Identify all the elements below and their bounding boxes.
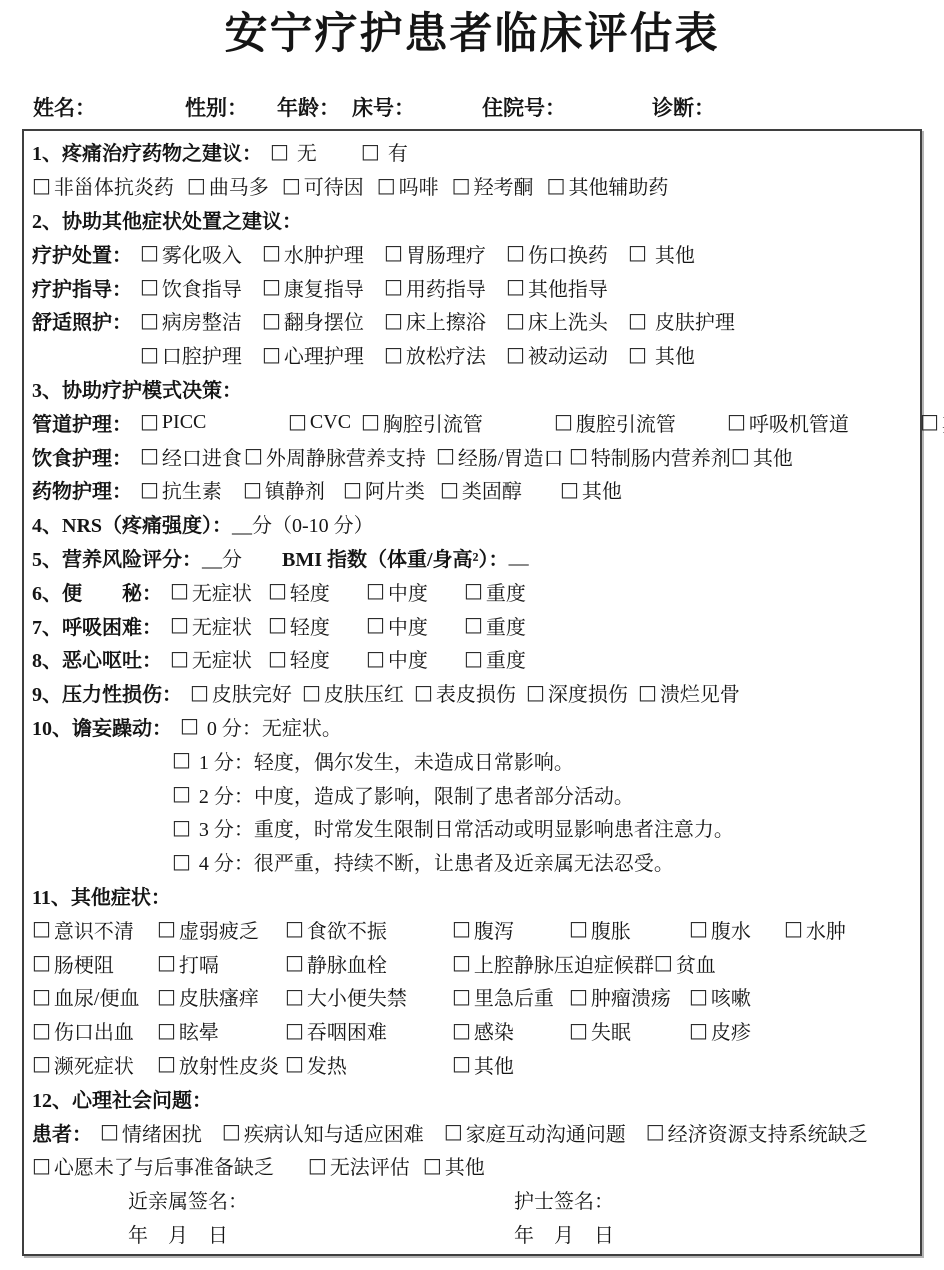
checkbox-icon[interactable]: □ (689, 1020, 708, 1040)
checkbox-option[interactable]: □呼吸机管道 (727, 408, 920, 437)
checkbox-option-label: 床上洗头 (528, 306, 608, 335)
checkbox-icon[interactable]: □ (452, 1053, 471, 1073)
checkbox-icon[interactable]: □ (547, 175, 566, 195)
checkbox-icon[interactable]: □ (452, 175, 471, 195)
checkbox-option[interactable]: □发热 (285, 1050, 452, 1079)
checkbox-option[interactable]: □特制肠内营养剂 (569, 442, 731, 471)
checkbox-icon[interactable]: □ (32, 1155, 51, 1175)
checkbox-icon[interactable]: □ (140, 479, 159, 499)
checkbox-option-label: 中度 (388, 577, 428, 606)
checkbox-icon[interactable]: □ (262, 310, 281, 330)
checkbox-icon[interactable]: □ (262, 242, 281, 262)
checkbox-option[interactable]: □经济资源支持系统缺乏 (646, 1118, 868, 1147)
checkbox-icon[interactable]: □ (172, 783, 191, 803)
checkbox-option[interactable]: □ 皮肤护理 (628, 306, 750, 335)
checkbox-option[interactable]: □中度 (366, 644, 464, 673)
checkbox-icon[interactable]: □ (452, 952, 471, 972)
checkbox-option[interactable]: □其他 (560, 475, 622, 504)
checkbox-option-label: 病房整洁 (162, 306, 242, 335)
checkbox-option-label: CVC (310, 411, 351, 434)
checkbox-option-label: 里急后重 (474, 982, 554, 1011)
checkbox-option-label: 血尿/便血 (54, 982, 140, 1011)
checkbox-icon[interactable]: □ (731, 445, 750, 465)
checkbox-option[interactable]: □ 有 (361, 137, 408, 166)
checkbox-option-label: 胃肠理疗 (406, 239, 486, 268)
checkbox-icon[interactable]: □ (444, 1121, 463, 1141)
checkbox-option[interactable]: □上腔静脉压迫症候群 (452, 949, 654, 978)
checkbox-option[interactable]: □伤口换药 (506, 239, 628, 268)
checkbox-icon[interactable]: □ (32, 986, 51, 1006)
checkbox-icon[interactable]: □ (288, 411, 307, 431)
checkbox-icon[interactable]: □ (366, 580, 385, 600)
checkbox-icon[interactable]: □ (569, 986, 588, 1006)
date-row: 年 月 日年 月 日 (32, 1217, 916, 1251)
checkbox-icon[interactable]: □ (366, 648, 385, 668)
checkbox-option-label: 雾化吸入 (162, 239, 242, 268)
checkbox-icon[interactable]: □ (689, 986, 708, 1006)
checkbox-icon[interactable]: □ (414, 682, 433, 702)
checkbox-icon[interactable]: □ (285, 1053, 304, 1073)
checkbox-option[interactable]: □用药指导 (384, 273, 506, 302)
checkbox-icon[interactable]: □ (268, 580, 287, 600)
checkbox-option[interactable]: □轻度 (268, 611, 366, 640)
checkbox-option[interactable]: □康复指导 (262, 273, 384, 302)
checkbox-option[interactable]: □胸腔引流管 (361, 408, 554, 437)
checkbox-option[interactable]: □PICC (140, 411, 288, 434)
checkbox-option[interactable]: □其他指导 (506, 273, 628, 302)
checkbox-option[interactable]: □轻度 (268, 644, 366, 673)
checkbox-option-label: 其他 (650, 340, 695, 369)
checkbox-option-label: 其他指导 (528, 273, 608, 302)
checkbox-option-label: 皮肤护理 (650, 306, 735, 335)
checkbox-icon[interactable]: □ (170, 614, 189, 634)
checkbox-icon[interactable]: □ (187, 175, 206, 195)
checkbox-icon[interactable]: □ (140, 276, 159, 296)
checkbox-option[interactable]: □其他 (731, 442, 793, 471)
signature-row: 近亲属签名：护士签名： (32, 1183, 916, 1217)
pain-med-options: □非甾体抗炎药□曲马多□可待因□吗啡□羟考酮□其他辅助药 (32, 169, 916, 203)
checkbox-option[interactable]: □肿瘤溃疡 (569, 982, 689, 1011)
checkbox-option[interactable]: □轻度 (268, 577, 366, 606)
checkbox-icon[interactable]: □ (285, 1020, 304, 1040)
checkbox-option[interactable]: □意识不清 (32, 915, 157, 944)
checkbox-option-label: 羟考酮 (474, 171, 534, 200)
checkbox-icon[interactable]: □ (436, 445, 455, 465)
checkbox-option[interactable]: □皮疹 (689, 1016, 784, 1045)
checkbox-option[interactable]: □放松疗法 (384, 340, 506, 369)
row-label: 9、压力性损伤： (32, 678, 182, 707)
fill-in-blank: __分（0-10 分） (232, 509, 374, 538)
checkbox-icon[interactable]: □ (506, 276, 525, 296)
checkbox-icon[interactable]: □ (172, 749, 191, 769)
checkbox-icon[interactable]: □ (157, 1053, 176, 1073)
checkbox-icon[interactable]: □ (689, 918, 708, 938)
checkbox-option[interactable]: □无法评估 (308, 1151, 410, 1180)
checkbox-icon[interactable]: □ (506, 344, 525, 364)
checkbox-option-label: 4 分：很严重，持续不断，让患者及近亲属无法忍受。 (194, 847, 674, 876)
checkbox-option-label: 无症状 (192, 644, 252, 673)
checkbox-option[interactable]: □ 0 分：无症状。 (180, 712, 342, 741)
checkbox-option[interactable]: □胃肠理疗 (384, 239, 506, 268)
checkbox-icon[interactable]: □ (302, 682, 321, 702)
checkbox-icon[interactable]: □ (170, 648, 189, 668)
checkbox-icon[interactable]: □ (222, 1121, 241, 1141)
checkbox-option-label: 吗啡 (399, 171, 439, 200)
checkbox-option-label: 其他 (753, 442, 793, 471)
checkbox-option-label: 无症状 (192, 611, 252, 640)
checkbox-option[interactable]: □床上洗头 (506, 306, 628, 335)
checkbox-option[interactable]: □大小便失禁 (285, 982, 452, 1011)
checkbox-option[interactable]: □放射性皮炎 (157, 1050, 285, 1079)
patient-field-admission-number: 住院号： (482, 92, 566, 122)
checkbox-icon[interactable]: □ (384, 310, 403, 330)
checkbox-option-label: 用药指导 (406, 273, 486, 302)
checkbox-option[interactable]: □眩晕 (157, 1016, 285, 1045)
checkbox-option[interactable]: □翻身摆位 (262, 306, 384, 335)
checkbox-icon[interactable]: □ (361, 411, 380, 431)
checkbox-icon[interactable]: □ (452, 918, 471, 938)
checkbox-icon[interactable]: □ (32, 918, 51, 938)
checkbox-option-label: 深度损伤 (548, 678, 628, 707)
checkbox-option[interactable]: □中度 (366, 611, 464, 640)
text-segment-bold: 4、NRS（疼痛强度）： (32, 509, 232, 538)
checkbox-option-label: 濒死症状 (54, 1050, 134, 1079)
checkbox-option[interactable]: □ 3 分：重度，时常发生限制日常活动或明显影响患者注意力。 (172, 813, 734, 842)
checkbox-icon[interactable]: □ (423, 1155, 442, 1175)
nutrition-score: 5、营养风险评分：__分BMI 指数（体重/身高²）：__ (32, 541, 916, 575)
checkbox-icon[interactable]: □ (140, 344, 159, 364)
checkbox-option[interactable]: □水肿护理 (262, 239, 384, 268)
checkbox-icon[interactable]: □ (506, 242, 525, 262)
checkbox-icon[interactable]: □ (172, 817, 191, 837)
nrs-score: 4、NRS（疼痛强度）：__分（0-10 分） (32, 507, 916, 541)
checkbox-icon[interactable]: □ (361, 141, 380, 161)
checkbox-icon[interactable]: □ (308, 1155, 327, 1175)
checkbox-option[interactable]: □羟考酮 (452, 171, 534, 200)
patient-field-name: 姓名： (33, 92, 96, 122)
dyspnea: 7、呼吸困难：□无症状□轻度□中度□重度 (32, 608, 916, 642)
checkbox-option[interactable]: □其他 (452, 1050, 569, 1079)
checkbox-option-label: 腹水 (711, 915, 751, 944)
checkbox-icon[interactable]: □ (32, 1020, 51, 1040)
checkbox-option[interactable]: □腹泻 (452, 915, 569, 944)
checkbox-option[interactable]: □ 2 分：中度，造成了影响，限制了患者部分活动。 (172, 780, 634, 809)
checkbox-option-label: 可待因 (304, 171, 364, 200)
comfort-care-cont: □口腔护理□心理护理□放松疗法□被动运动□ 其他 (32, 338, 916, 372)
checkbox-option[interactable]: □抗生素 (140, 475, 243, 504)
checkbox-icon[interactable]: □ (282, 175, 301, 195)
checkbox-option[interactable]: □咳嗽 (689, 982, 784, 1011)
constipation: 6、便 秘：□无症状□轻度□中度□重度 (32, 574, 916, 608)
checkbox-icon[interactable]: □ (506, 310, 525, 330)
checkbox-option[interactable]: □非甾体抗炎药 (32, 171, 174, 200)
comfort-care: 舒适照护：□病房整洁□翻身摆位□床上擦浴□床上洗头□ 皮肤护理 (32, 304, 916, 338)
checkbox-option[interactable]: □其他 (423, 1151, 485, 1180)
checkbox-option-label: 心愿未了与后事准备缺乏 (54, 1151, 274, 1180)
checkbox-icon[interactable]: □ (366, 614, 385, 634)
checkbox-option[interactable]: □口腔护理 (140, 340, 262, 369)
checkbox-option[interactable]: □镇静剂 (243, 475, 343, 504)
checkbox-option-label: 阿片类 (365, 475, 425, 504)
checkbox-option[interactable]: □ 1 分：轻度，偶尔发生，未造成日常影响。 (172, 746, 574, 775)
checkbox-option-label: 其他 (445, 1151, 485, 1180)
checkbox-option-label: 重度 (486, 644, 526, 673)
checkbox-option-label: 失眠 (591, 1016, 631, 1045)
row-label: 饮食护理： (32, 442, 132, 471)
checkbox-option[interactable]: □食欲不振 (285, 915, 452, 944)
checkbox-icon[interactable]: □ (464, 648, 483, 668)
checkbox-option[interactable]: □外周静脉营养支持 (244, 442, 436, 471)
checkbox-option-label: 轻度 (290, 611, 330, 640)
checkbox-option-label: 腹泻 (474, 915, 514, 944)
checkbox-option[interactable]: □血尿/便血 (32, 982, 157, 1011)
checkbox-option[interactable]: □吞咽困难 (285, 1016, 452, 1045)
checkbox-icon[interactable]: □ (140, 242, 159, 262)
checkbox-icon[interactable]: □ (384, 344, 403, 364)
checkbox-option[interactable]: □失眠 (569, 1016, 689, 1045)
checkbox-option[interactable]: □阿片类 (343, 475, 440, 504)
checkbox-icon[interactable]: □ (180, 715, 199, 735)
checkbox-icon[interactable]: □ (452, 986, 471, 1006)
checkbox-option[interactable]: □深度损伤 (526, 678, 638, 707)
checkbox-option-label: 床上擦浴 (406, 306, 486, 335)
checkbox-icon[interactable]: □ (157, 918, 176, 938)
checkbox-option[interactable]: □肠梗阻 (32, 949, 157, 978)
checkbox-option[interactable]: □心理护理 (262, 340, 384, 369)
checkbox-option-label: 中度 (388, 644, 428, 673)
checkbox-option[interactable]: □被动运动 (506, 340, 628, 369)
checkbox-option[interactable]: □重度 (464, 577, 562, 606)
checkbox-icon[interactable]: □ (646, 1121, 665, 1141)
checkbox-option-label: 中度 (388, 611, 428, 640)
checkbox-option[interactable]: □ 4 分：很严重，持续不断，让患者及近亲属无法忍受。 (172, 847, 674, 876)
psychosocial-cont: □心愿未了与后事准备缺乏□无法评估□其他 (32, 1149, 916, 1183)
checkbox-icon[interactable]: □ (140, 445, 159, 465)
checkbox-option[interactable]: □ 无 (270, 137, 317, 166)
checkbox-option[interactable]: □贫血 (654, 949, 774, 978)
care-mode-heading: 3、协助疗护模式决策： (32, 372, 916, 406)
checkbox-icon[interactable]: □ (569, 1020, 588, 1040)
checkbox-option-label: 虚弱疲乏 (179, 915, 259, 944)
checkbox-option[interactable]: □饮食指导 (140, 273, 262, 302)
checkbox-icon[interactable]: □ (285, 986, 304, 1006)
checkbox-icon[interactable]: □ (628, 310, 647, 330)
checkbox-option[interactable]: □曲马多 (187, 171, 269, 200)
checkbox-option-label: 重度 (486, 577, 526, 606)
fill-in-blank: __分 (202, 543, 242, 572)
checkbox-icon[interactable]: □ (440, 479, 459, 499)
checkbox-icon[interactable]: □ (920, 411, 939, 431)
other-symptoms-row-5: □濒死症状□放射性皮炎□发热□其他 (32, 1048, 916, 1082)
checkbox-icon[interactable]: □ (285, 918, 304, 938)
checkbox-option-label: 1 分：轻度，偶尔发生，未造成日常影响。 (194, 746, 574, 775)
checkbox-option-label: 镇静剂 (265, 475, 325, 504)
checkbox-option-label: 胸腔引流管 (383, 408, 483, 437)
checkbox-option-label: 腹腔引流管 (576, 408, 676, 437)
checkbox-option-label: 肿瘤溃疡 (591, 982, 671, 1011)
delirium-2: □ 2 分：中度，造成了影响，限制了患者部分活动。 (32, 777, 916, 811)
checkbox-icon[interactable]: □ (727, 411, 746, 431)
checkbox-option[interactable]: □腹胀 (569, 915, 689, 944)
checkbox-option[interactable]: □腹水 (689, 915, 784, 944)
checkbox-option[interactable]: □感染 (452, 1016, 569, 1045)
checkbox-option[interactable]: □濒死症状 (32, 1050, 157, 1079)
checkbox-icon[interactable]: □ (784, 918, 803, 938)
checkbox-icon[interactable]: □ (384, 242, 403, 262)
checkbox-option[interactable]: □皮肤完好 (190, 678, 302, 707)
checkbox-icon[interactable]: □ (377, 175, 396, 195)
checkbox-option-label: 外周静脉营养支持 (266, 442, 426, 471)
checkbox-option-label: 溃烂见骨 (660, 678, 740, 707)
checkbox-icon[interactable]: □ (638, 682, 657, 702)
checkbox-option[interactable]: □虚弱疲乏 (157, 915, 285, 944)
row-label: 3、协助疗护模式决策： (32, 374, 242, 403)
checkbox-icon[interactable]: □ (32, 175, 51, 195)
checkbox-icon[interactable]: □ (262, 344, 281, 364)
checkbox-option[interactable]: □水肿 (784, 915, 846, 944)
checkbox-icon[interactable]: □ (157, 952, 176, 972)
checkbox-option[interactable]: □皮肤瘙痒 (157, 982, 285, 1011)
checkbox-option-label: 吞咽困难 (307, 1016, 387, 1045)
checkbox-option[interactable]: □无症状 (170, 644, 268, 673)
checkbox-option[interactable]: □其他辅助药 (547, 171, 669, 200)
checkbox-icon[interactable]: □ (343, 479, 362, 499)
checkbox-option-label: 皮肤瘙痒 (179, 982, 259, 1011)
patient-field-gender: 性别： (185, 92, 248, 122)
other-symptoms-row-2: □肠梗阻□打嗝□静脉血栓□上腔静脉压迫症候群□贫血 (32, 946, 916, 980)
checkbox-option-label: 0 分：无症状。 (202, 712, 342, 741)
checkbox-icon[interactable]: □ (243, 479, 262, 499)
row-label: 7、呼吸困难： (32, 611, 162, 640)
checkbox-option-label: 其他辅助药 (568, 171, 668, 200)
checkbox-icon[interactable]: □ (268, 614, 287, 634)
text-segment-bold: 5、营养风险评分： (32, 543, 202, 572)
checkbox-icon[interactable]: □ (157, 986, 176, 1006)
row-label: 管道护理： (32, 408, 132, 437)
checkbox-icon[interactable]: □ (464, 580, 483, 600)
patient-field-bed-number: 床号： (352, 92, 415, 122)
checkbox-option-label: 非甾体抗炎药 (54, 171, 174, 200)
checkbox-option[interactable]: □溃烂见骨 (638, 678, 750, 707)
checkbox-option[interactable]: □重度 (464, 644, 562, 673)
checkbox-icon[interactable]: □ (554, 411, 573, 431)
checkbox-icon[interactable]: □ (262, 276, 281, 296)
checkbox-option[interactable]: □无症状 (170, 611, 268, 640)
checkbox-option-label: 表皮损伤 (436, 678, 516, 707)
row-label: 药物护理： (32, 475, 132, 504)
checkbox-option[interactable]: □经肠/胃造口 (436, 442, 569, 471)
checkbox-option[interactable]: □经口进食 (140, 442, 244, 471)
checkbox-option-label: 伤口出血 (54, 1016, 134, 1045)
checkbox-icon[interactable]: □ (140, 310, 159, 330)
checkbox-option-label: 肠梗阻 (54, 949, 114, 978)
checkbox-icon[interactable]: □ (464, 614, 483, 634)
checkbox-option[interactable]: □吗啡 (377, 171, 439, 200)
checkbox-icon[interactable]: □ (100, 1121, 119, 1141)
checkbox-icon[interactable]: □ (244, 445, 263, 465)
checkbox-option[interactable]: □ 其他 (628, 239, 750, 268)
patient-info-row: 姓名： 性别： 年龄： 床号： 住院号： 诊断： (0, 92, 944, 119)
checkbox-icon[interactable]: □ (569, 445, 588, 465)
checkbox-option[interactable]: □ 其他 (628, 340, 750, 369)
checkbox-option[interactable]: □CVC (288, 411, 361, 434)
checkbox-option[interactable]: □病房整洁 (140, 306, 262, 335)
checkbox-icon[interactable]: □ (140, 411, 159, 431)
checkbox-icon[interactable]: □ (32, 952, 51, 972)
checkbox-option[interactable]: □重度 (464, 611, 562, 640)
checkbox-option[interactable]: □打嗝 (157, 949, 285, 978)
checkbox-icon[interactable]: □ (172, 851, 191, 871)
checkbox-option[interactable]: □静脉血栓 (285, 949, 452, 978)
checkbox-option-label: 贫血 (676, 949, 716, 978)
checkbox-option-label: 皮肤压红 (324, 678, 404, 707)
checkbox-option[interactable]: □伤口出血 (32, 1016, 157, 1045)
checkbox-option[interactable]: □床上擦浴 (384, 306, 506, 335)
checkbox-icon[interactable]: □ (270, 141, 289, 161)
checkbox-option-label: 无 (292, 137, 317, 166)
checkbox-icon[interactable]: □ (32, 1053, 51, 1073)
checkbox-option-label: 皮疹 (711, 1016, 751, 1045)
checkbox-icon[interactable]: □ (452, 1020, 471, 1040)
pressure-injury: 9、压力性损伤：□皮肤完好□皮肤压红□表皮损伤□深度损伤□溃烂见骨 (32, 676, 916, 710)
pain-med-advice: 1、疼痛治疗药物之建议：□ 无□ 有 (32, 135, 916, 169)
checkbox-icon[interactable]: □ (384, 276, 403, 296)
checkbox-option[interactable]: □表皮损伤 (414, 678, 526, 707)
checkbox-icon[interactable]: □ (560, 479, 579, 499)
checkbox-option-label: 轻度 (290, 577, 330, 606)
checkbox-option[interactable]: □类固醇 (440, 475, 560, 504)
checkbox-option[interactable]: □心愿未了与后事准备缺乏 (32, 1151, 274, 1180)
psychosocial-heading: 12、心理社会问题： (32, 1081, 916, 1115)
symptom-advice-heading: 2、协助其他症状处置之建议： (32, 203, 916, 237)
checkbox-option[interactable]: □中度 (366, 577, 464, 606)
other-symptoms-row-3: □血尿/便血□皮肤瘙痒□大小便失禁□里急后重□肿瘤溃疡□咳嗽 (32, 980, 916, 1014)
checkbox-option[interactable]: □可待因 (282, 171, 364, 200)
checkbox-option-label: 3 分：重度，时常发生限制日常活动或明显影响患者注意力。 (194, 813, 734, 842)
text-segment-bold: BMI 指数（体重/身高²）： (282, 543, 509, 572)
checkbox-icon[interactable]: □ (157, 1020, 176, 1040)
checkbox-icon[interactable]: □ (569, 918, 588, 938)
checkbox-option-label: 心理护理 (284, 340, 364, 369)
checkbox-option[interactable]: □皮肤压红 (302, 678, 414, 707)
checkbox-option-label: 大小便失禁 (307, 982, 407, 1011)
checkbox-icon[interactable]: □ (628, 242, 647, 262)
checkbox-option-label: 打嗝 (179, 949, 219, 978)
checkbox-icon[interactable]: □ (285, 952, 304, 972)
checkbox-option-label: 2 分：中度，造成了影响，限制了患者部分活动。 (194, 780, 634, 809)
checkbox-option-label: 静脉血栓 (307, 949, 387, 978)
checkbox-option[interactable]: □无症状 (170, 577, 268, 606)
patient-field-diagnosis: 诊断： (652, 92, 715, 122)
checkbox-option-label: 经济资源支持系统缺乏 (668, 1118, 868, 1147)
checkbox-option[interactable]: □其他 (920, 408, 944, 437)
checkbox-icon[interactable]: □ (170, 580, 189, 600)
checkbox-icon[interactable]: □ (654, 952, 673, 972)
checkbox-option[interactable]: □情绪困扰 (100, 1118, 202, 1147)
checkbox-option-label: 其他 (650, 239, 695, 268)
checkbox-icon[interactable]: □ (526, 682, 545, 702)
checkbox-option[interactable]: □雾化吸入 (140, 239, 262, 268)
checkbox-icon[interactable]: □ (190, 682, 209, 702)
checkbox-option[interactable]: □疾病认知与适应困难 (222, 1118, 424, 1147)
checkbox-icon[interactable]: □ (628, 344, 647, 364)
checkbox-option-label: 放射性皮炎 (179, 1050, 279, 1079)
checkbox-icon[interactable]: □ (268, 648, 287, 668)
checkbox-option[interactable]: □里急后重 (452, 982, 569, 1011)
checkbox-option-label: 康复指导 (284, 273, 364, 302)
checkbox-option[interactable]: □家庭互动沟通问题 (444, 1118, 626, 1147)
checkbox-option[interactable]: □腹腔引流管 (554, 408, 727, 437)
